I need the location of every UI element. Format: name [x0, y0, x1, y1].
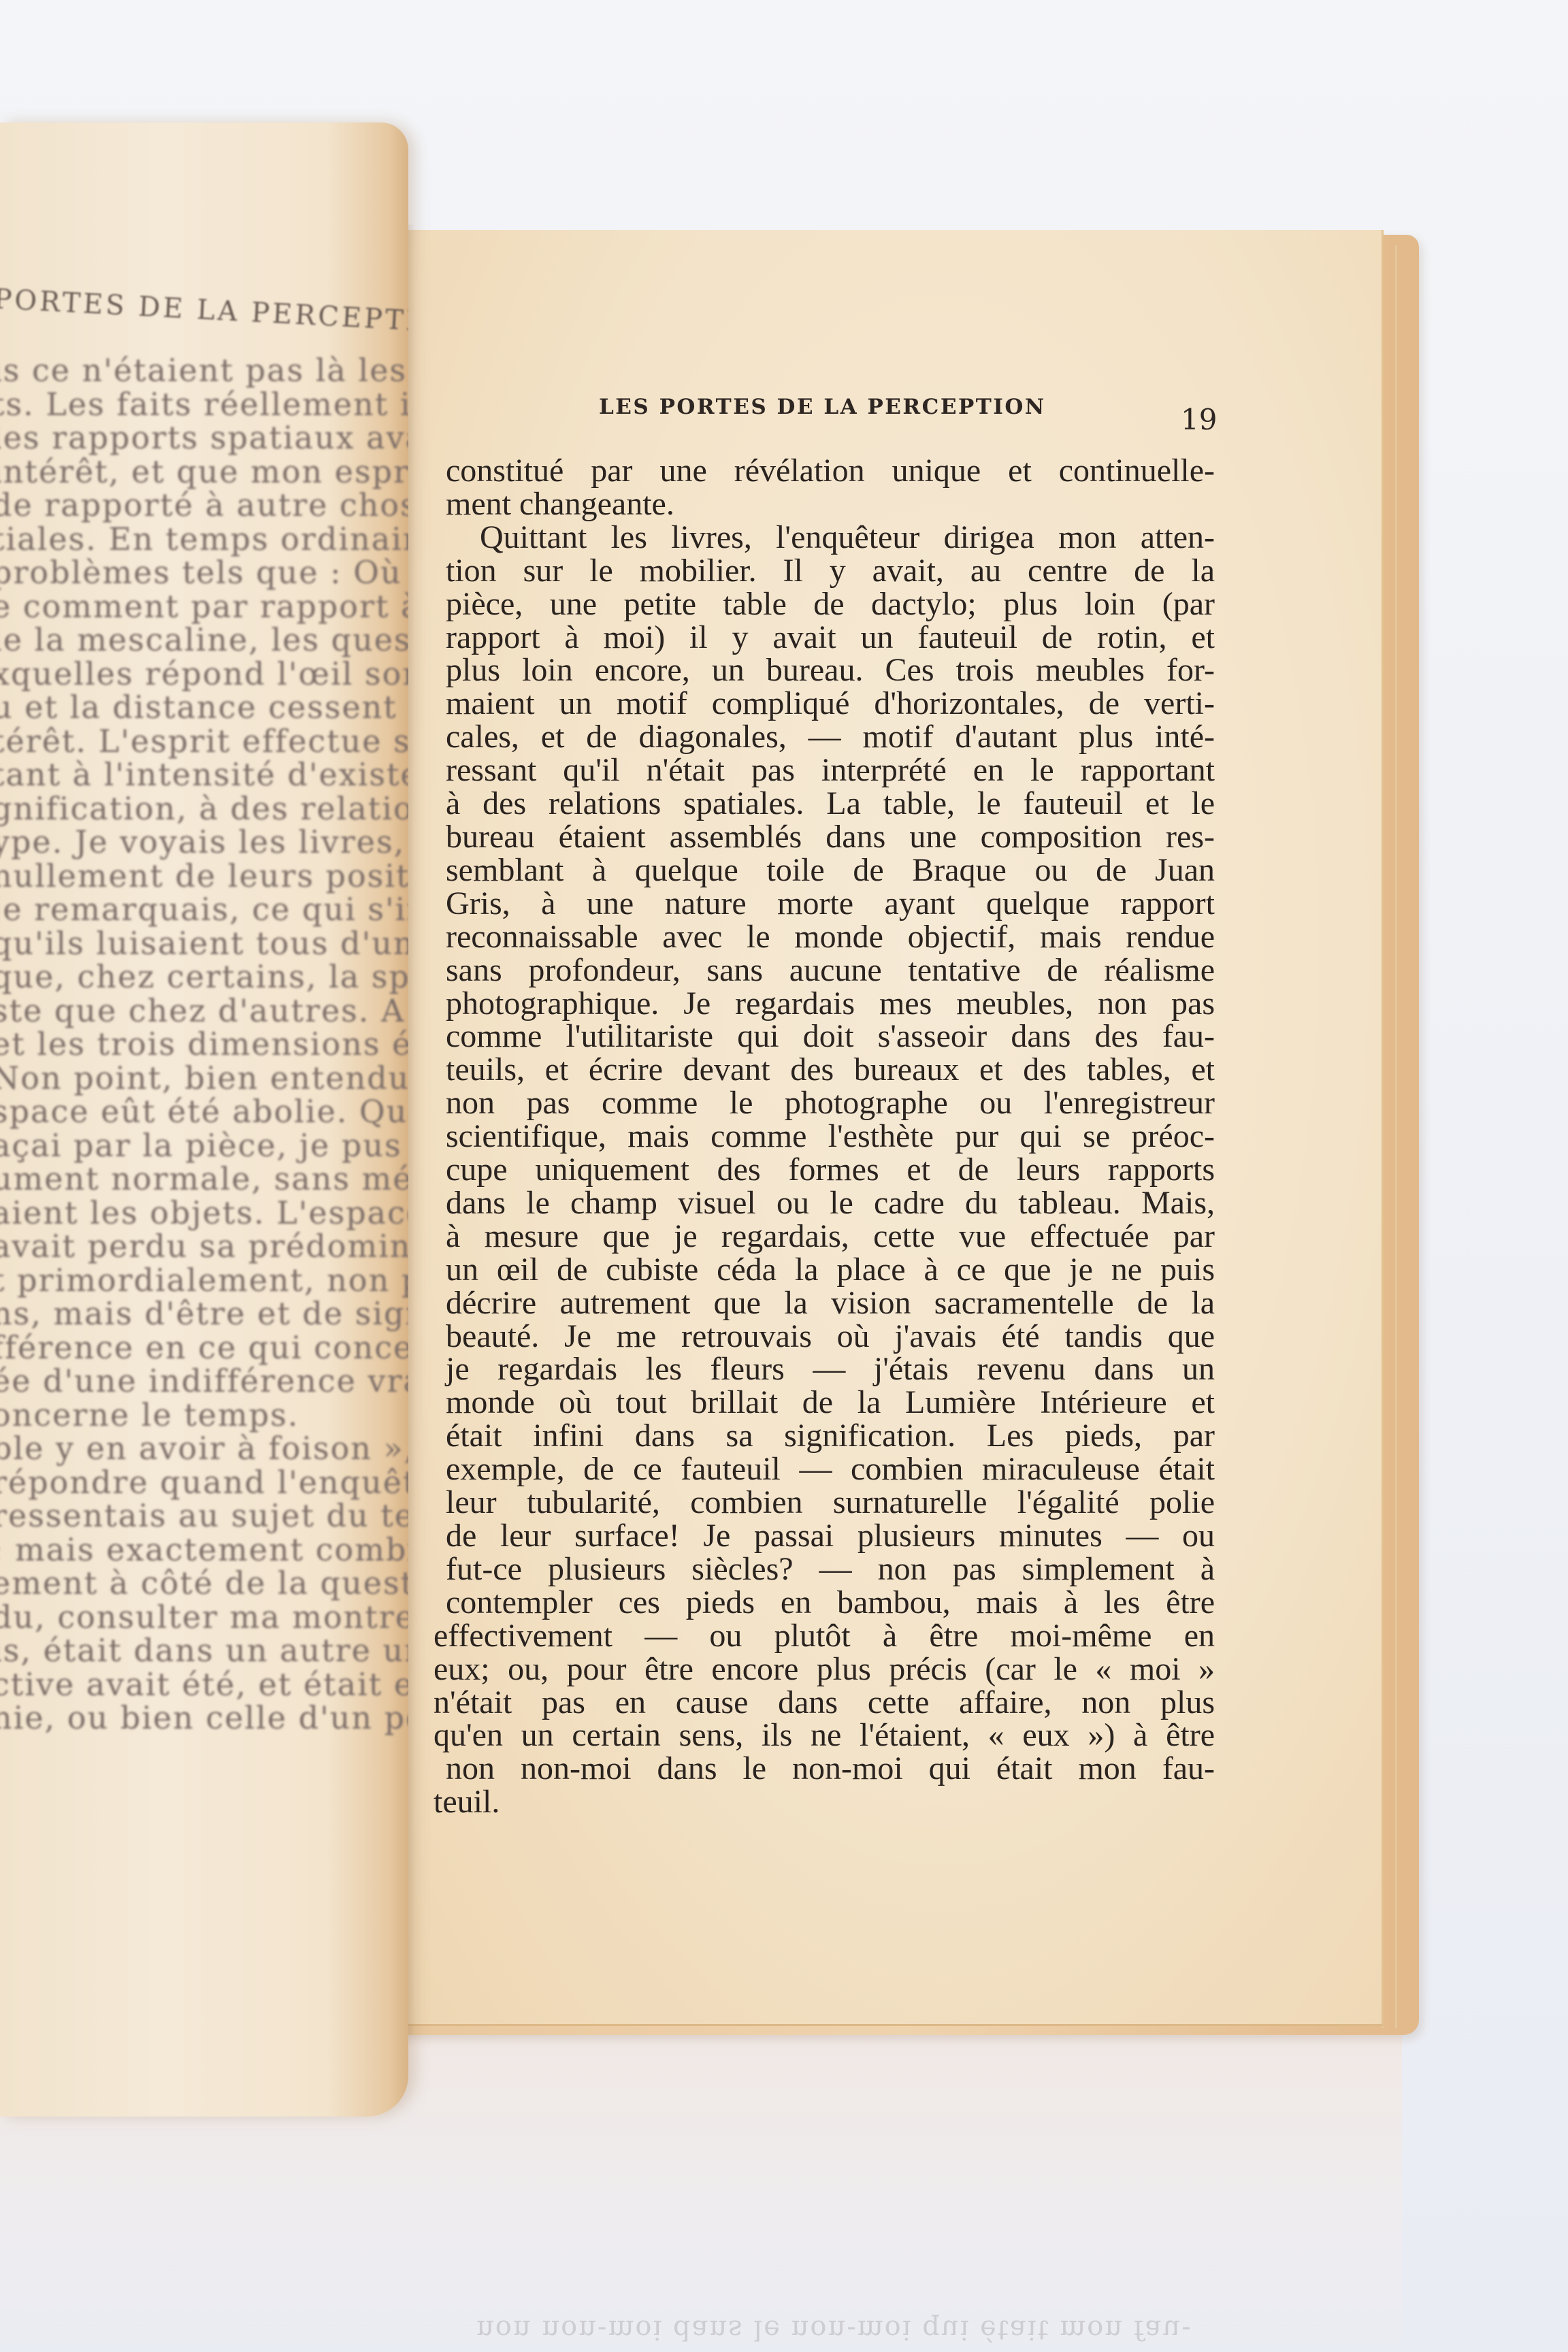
text-line: beauté. Je me retrouvais où j'avais été …: [446, 1320, 1215, 1354]
text-line: maient un motif compliqué d'horizontales…: [446, 687, 1215, 721]
text-line: que, chez certains, la splend: [0, 960, 408, 994]
text-line: nie, ou bien celle d'un perpé: [0, 1701, 408, 1735]
running-head-right: LES PORTES DE LA PERCEPTION: [599, 395, 1046, 419]
text-line: ble y en avoir à foison », —: [0, 1432, 408, 1466]
text-line: açai par la pièce, je pus le: [0, 1129, 408, 1163]
text-line: qu'en un certain sens, ils ne l'étaient,…: [434, 1719, 1215, 1752]
text-line: constitué par une révélation unique et c…: [446, 455, 1215, 488]
text-line: is ce n'étaient pas là les faits: [0, 354, 408, 388]
text-line: je remarquais, ce qui s'impos: [0, 893, 408, 927]
text-line: ressentais au sujet du temps.: [0, 1499, 408, 1533]
text-line: semblant à quelque toile de Braque ou de…: [446, 854, 1215, 887]
text-line: ressant qu'il n'était pas interprété en …: [446, 754, 1215, 787]
text-line: ument normale, sans méjuge: [0, 1162, 408, 1196]
text-line: effectivement — ou plutôt à être moi-mêm…: [434, 1620, 1215, 1653]
text-line: répondre quand l'enquêteur m: [0, 1466, 408, 1500]
text-line: problèmes tels que : Où ?: [0, 556, 408, 590]
text-line: ée d'une indifférence vraiment: [0, 1365, 408, 1399]
text-line: Gris, à une nature morte ayant quelque r…: [446, 887, 1215, 921]
text-line: monde où tout brillait de la Lumière Int…: [446, 1386, 1215, 1420]
text-line: cupe uniquement des formes et de leurs r…: [446, 1154, 1215, 1187]
text-line: était infini dans sa signification. Les …: [446, 1420, 1215, 1453]
text-line: ctive avait été, et était encore: [0, 1668, 408, 1702]
text-line: tiales. En temps ordinaire,: [0, 523, 408, 557]
text-line: ste que chez d'autres. A cet: [0, 994, 408, 1028]
text-line: comme l'utilitariste qui doit s'asseoir …: [446, 1020, 1215, 1053]
text-line: teuil.: [434, 1786, 1215, 1819]
text-line: intérêt, et que mon esprit: [0, 455, 408, 489]
running-head-left: PORTES DE LA PERCEPTION: [0, 284, 408, 340]
text-line: bureau étaient assemblés dans une compos…: [446, 821, 1215, 854]
text-line: de rapporté à autre chose q: [0, 489, 408, 523]
text-line: qu'ils luisaient tous d'un: [0, 927, 408, 961]
text-line: plus loin encore, un bureau. Ces trois m…: [446, 654, 1215, 687]
text-line: scientifique, mais comme l'esthète pur q…: [446, 1120, 1215, 1154]
text-line: non non-moi dans le non-moi qui était mo…: [446, 1752, 1215, 1786]
text-line: ts. Les faits réellement impo: [0, 388, 408, 422]
text-line: et les trois dimensions étaient: [0, 1028, 408, 1062]
text-line: non pas comme le photographe ou l'enregi…: [446, 1087, 1215, 1120]
reflected-text: non non-moi dans le non-moi qui était mo…: [476, 2314, 1192, 2345]
text-line: tant à l'intensité d'existence: [0, 758, 408, 792]
text-line: à mesure que je regardais, cette vue eff…: [446, 1220, 1215, 1254]
text-line: rapport à moi) il y avait un fauteuil de…: [446, 621, 1215, 655]
text-line: e comment par rapport à quoi: [0, 590, 408, 624]
text-line: is, était dans un autre univers: [0, 1634, 408, 1668]
left-page: PORTES DE LA PERCEPTION is ce n'étaient …: [0, 122, 408, 2117]
text-line: ype. Je voyais les livres, mais: [0, 826, 408, 860]
text-line: un œil de cubiste céda la place à ce que…: [446, 1254, 1215, 1287]
text-line: ement à côté de la question: [0, 1567, 408, 1601]
text-line: ; mais exactement combien —: [0, 1533, 408, 1567]
text-line: à des relations spatiales. La table, le …: [446, 787, 1215, 821]
text-line: eux; ou, pour être encore plus précis (c…: [434, 1653, 1215, 1686]
text-line: tion sur le mobilier. Il y avait, au cen…: [446, 555, 1215, 588]
text-line: cales, et de diagonales, — motif d'autan…: [446, 721, 1215, 754]
text-line: leur tubularité, combien surnaturelle l'…: [446, 1486, 1215, 1520]
text-line: de leur surface! Je passai plusieurs min…: [446, 1520, 1215, 1553]
left-page-text: is ce n'étaient pas là les faits ts. Les…: [0, 354, 408, 1735]
text-line: décrire autrement que la vision sacramen…: [446, 1287, 1215, 1320]
text-line: aient les objets. L'espace de: [0, 1196, 408, 1230]
page-number: 19: [1181, 403, 1217, 436]
text-line: oncerne le temps.: [0, 1399, 408, 1433]
text-line: reconnaissable avec le monde objectif, m…: [446, 921, 1215, 954]
text-line: pièce, une petite table de dactylo; plus…: [446, 588, 1215, 621]
text-line: du, consulter ma montre; mais: [0, 1601, 408, 1635]
text-line: Non point, bien entendu, q: [0, 1062, 408, 1096]
text-line: les rapports spatiaux avaient: [0, 421, 408, 455]
text-line: sans profondeur, sans aucune tentative d…: [446, 954, 1215, 987]
text-line: gnification, à des relations à: [0, 792, 408, 826]
text-line: teuils, et écrire devant des bureaux et …: [446, 1053, 1215, 1087]
text-line: térêt. L'esprit effectue ses p: [0, 725, 408, 759]
text-line: t primordialement, non pas de: [0, 1264, 408, 1298]
text-line: fut-ce plusieurs siècles? — non pas simp…: [446, 1553, 1215, 1586]
text-line: nullement de leurs positions: [0, 860, 408, 894]
text-line: le la mescaline, les questions: [0, 623, 408, 657]
text-line: contempler ces pieds en bambou, mais à l…: [446, 1586, 1215, 1620]
text-line: Quittant les livres, l'enquêteur dirigea…: [446, 521, 1215, 555]
page-edge-line: [1395, 245, 1397, 2028]
text-line: exemple, de ce fauteuil — combien miracu…: [446, 1453, 1215, 1486]
text-line: photographique. Je regardais mes meubles…: [446, 987, 1215, 1021]
page-body-text: constitué par une révélation unique et c…: [446, 455, 1215, 1819]
text-line: dans le champ visuel ou le cadre du tabl…: [446, 1187, 1215, 1220]
text-line: je regardais les fleurs — j'étais revenu…: [446, 1353, 1215, 1386]
text-line: ment changeante.: [446, 488, 1215, 521]
text-line: ns, mais d'être et de significa: [0, 1297, 408, 1331]
text-line: fférence en ce qui concerne l'e: [0, 1331, 408, 1365]
text-line: space eût été abolie. Quand: [0, 1095, 408, 1129]
text-line: u et la distance cessent de: [0, 691, 408, 725]
text-line: n'était pas en cause dans cette affaire,…: [434, 1686, 1215, 1720]
text-line: avait perdu sa prédominance: [0, 1230, 408, 1264]
text-line: xquelles répond l'œil sont d: [0, 657, 408, 691]
